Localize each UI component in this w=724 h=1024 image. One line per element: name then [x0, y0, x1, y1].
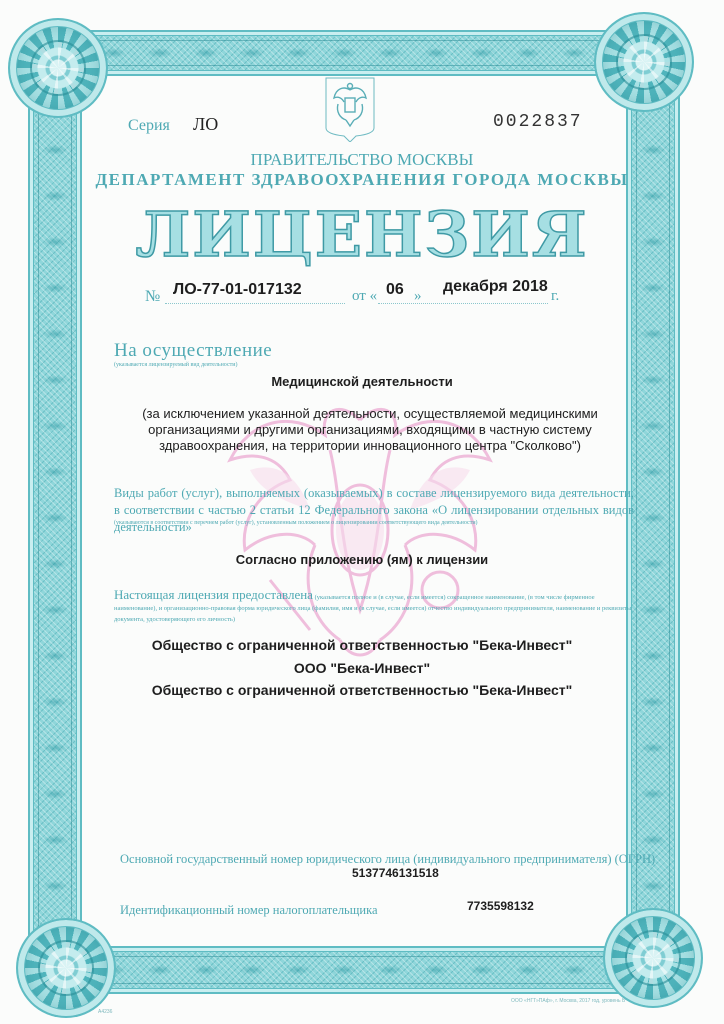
corner-rosette-icon — [10, 20, 106, 116]
document-title: ЛИЦЕНЗИЯ — [0, 198, 724, 271]
activity-hint: (указывается лицензируемый вид деятельно… — [114, 362, 237, 368]
license-number-label: № — [145, 288, 160, 306]
works-hint: (указываются в соответствии с перечнем р… — [114, 520, 478, 526]
coat-of-arms-icon — [322, 76, 378, 142]
inn-label: Идентификационный номер налогоплательщик… — [120, 903, 378, 918]
holder-lead: Настоящая лицензия предоставлена — [114, 587, 313, 602]
holder-full-name: Общество с ограниченной ответственностью… — [0, 637, 724, 653]
license-number: ЛО-77-01-017132 — [173, 281, 302, 299]
form-code: А4236 — [98, 1009, 112, 1015]
serial-number: 0022837 — [493, 112, 583, 132]
series-value: ЛО — [193, 114, 218, 135]
printer-imprint: ООО «НГТ»ПАф», г. Москва, 2017 год, уров… — [511, 998, 625, 1004]
series-label: Серия — [128, 117, 170, 135]
works-description: Виды работ (услуг), выполняемых (оказыва… — [114, 485, 634, 536]
license-document: Серия ЛО 0022837 ПРАВИТЕЛЬСТВО МОСКВЫ ДЕ… — [0, 0, 724, 1024]
holder-firm-name: Общество с ограниченной ответственностью… — [0, 682, 724, 698]
corner-rosette-icon — [18, 920, 114, 1016]
works-value: Согласно приложению (ям) к лицензии — [0, 552, 724, 567]
ogrn-label: Основной государственный номер юридическ… — [120, 852, 655, 867]
license-day: 06 — [386, 281, 404, 299]
date-from-label: от « — [352, 288, 377, 305]
activity-name: Медицинской деятельности — [0, 374, 724, 389]
activity-note: (за исключением указанной деятельности, … — [100, 406, 640, 454]
border-top — [80, 30, 650, 76]
date-underline — [378, 303, 548, 304]
year-suffix: г. — [551, 288, 559, 305]
border-bottom — [80, 946, 650, 994]
issuing-government: ПРАВИТЕЛЬСТВО МОСКВЫ — [0, 150, 724, 170]
holder-short-name: ООО "Бека-Инвест" — [0, 660, 724, 676]
issuing-department: ДЕПАРТАМЕНТ ЗДРАВООХРАНЕНИЯ ГОРОДА МОСКВ… — [0, 170, 724, 190]
corner-rosette-icon — [596, 14, 692, 110]
license-month-year: декабря 2018 — [443, 278, 548, 296]
activity-heading: На осуществление — [114, 340, 272, 362]
number-underline — [165, 303, 345, 304]
holder-description: Настоящая лицензия предоставлена (указыв… — [114, 589, 634, 625]
ogrn-value: 5137746131518 — [352, 866, 439, 880]
corner-rosette-icon — [605, 910, 701, 1006]
inn-value: 7735598132 — [467, 899, 534, 913]
